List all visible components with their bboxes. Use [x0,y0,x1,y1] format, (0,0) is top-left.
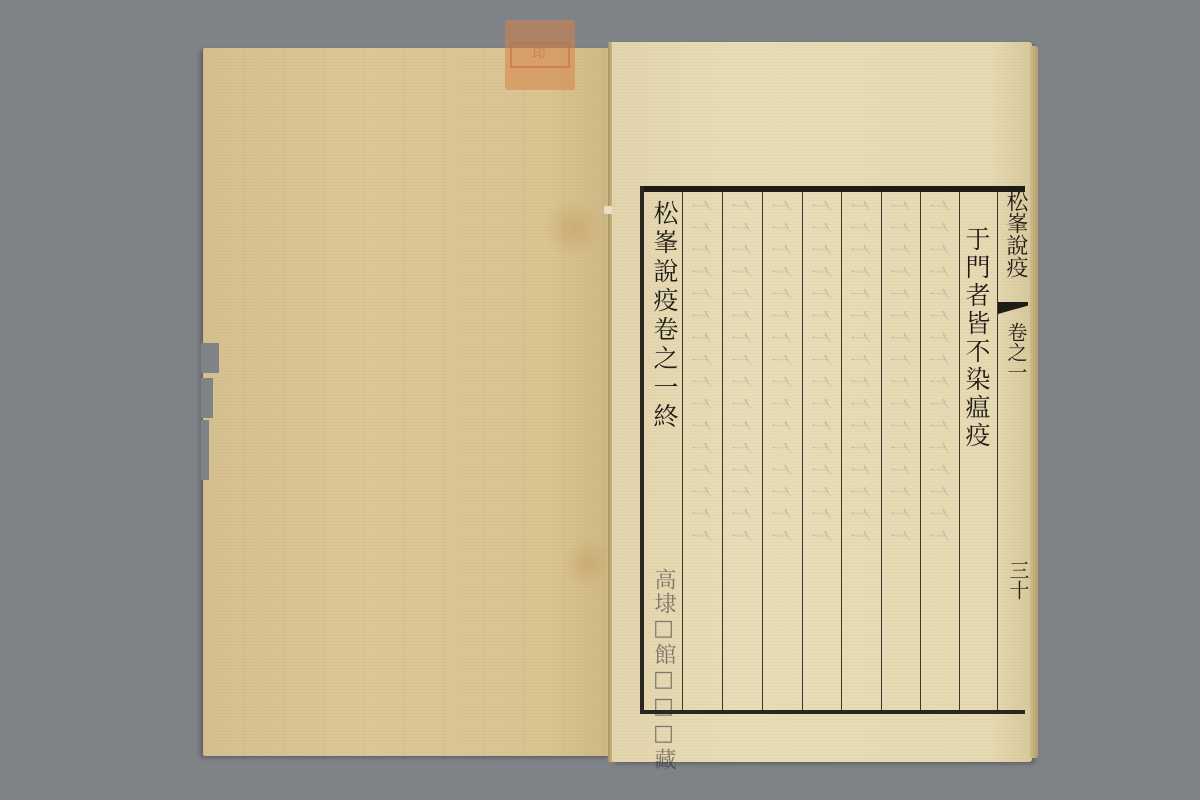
column-rule [682,192,683,710]
left-page-blank [203,48,611,756]
column-rule [920,192,921,710]
frame-left-border [640,186,644,714]
margin-volume: 卷之一 [1002,322,1031,382]
main-text-column: 于門者皆不染瘟疫 [958,226,994,450]
margin-page-number: 三十 [1004,560,1033,600]
show-through-text: 𠂉𠂉𠂉𠂉𠂉𠂉𠂉𠂉𠂉𠂉𠂉𠂉𠂉𠂉𠂉𠂉 [690,196,716,696]
column-rule [762,192,763,710]
water-stain [563,538,613,588]
torn-edge [201,343,219,373]
page-edge [1030,46,1038,758]
collector-seal: 印 [505,20,575,90]
show-through-text: 𠂉𠂉𠂉𠂉𠂉𠂉𠂉𠂉𠂉𠂉𠂉𠂉𠂉𠂉𠂉𠂉 [849,196,875,696]
torn-edge [201,420,209,480]
show-through-text: 𠂉𠂉𠂉𠂉𠂉𠂉𠂉𠂉𠂉𠂉𠂉𠂉𠂉𠂉𠂉𠂉 [770,196,796,696]
frame-bottom-border [640,710,1025,714]
book-spread: 印 𠂉𠂉𠂉𠂉𠂉𠂉𠂉𠂉𠂉𠂉𠂉𠂉𠂉𠂉𠂉𠂉 𠂉𠂉𠂉𠂉𠂉𠂉𠂉𠂉𠂉𠂉𠂉𠂉𠂉𠂉𠂉𠂉 𠂉𠂉𠂉𠂉… [0,0,1200,800]
seal-text: 印 [510,42,570,68]
margin-book-title: 松峯說疫 [1000,190,1031,278]
volume-end-line: 松峯說疫卷之一終 [646,200,682,432]
column-rule [722,192,723,710]
show-through-text: 𠂉𠂉𠂉𠂉𠂉𠂉𠂉𠂉𠂉𠂉𠂉𠂉𠂉𠂉𠂉𠂉 [889,196,915,696]
column-rule [881,192,882,710]
water-stain [543,198,603,258]
show-through-text: 𠂉𠂉𠂉𠂉𠂉𠂉𠂉𠂉𠂉𠂉𠂉𠂉𠂉𠂉𠂉𠂉 [730,196,756,696]
column-rule [802,192,803,710]
printer-colophon: 高埭□館□□□藏 [648,568,679,772]
frame-top-border [640,186,1025,192]
torn-edge [201,378,213,418]
show-through-text: 𠂉𠂉𠂉𠂉𠂉𠂉𠂉𠂉𠂉𠂉𠂉𠂉𠂉𠂉𠂉𠂉 [810,196,836,696]
show-through-text: 𠂉𠂉𠂉𠂉𠂉𠂉𠂉𠂉𠂉𠂉𠂉𠂉𠂉𠂉𠂉𠂉 [928,196,954,696]
column-rule [841,192,842,710]
column-rule [997,192,998,710]
